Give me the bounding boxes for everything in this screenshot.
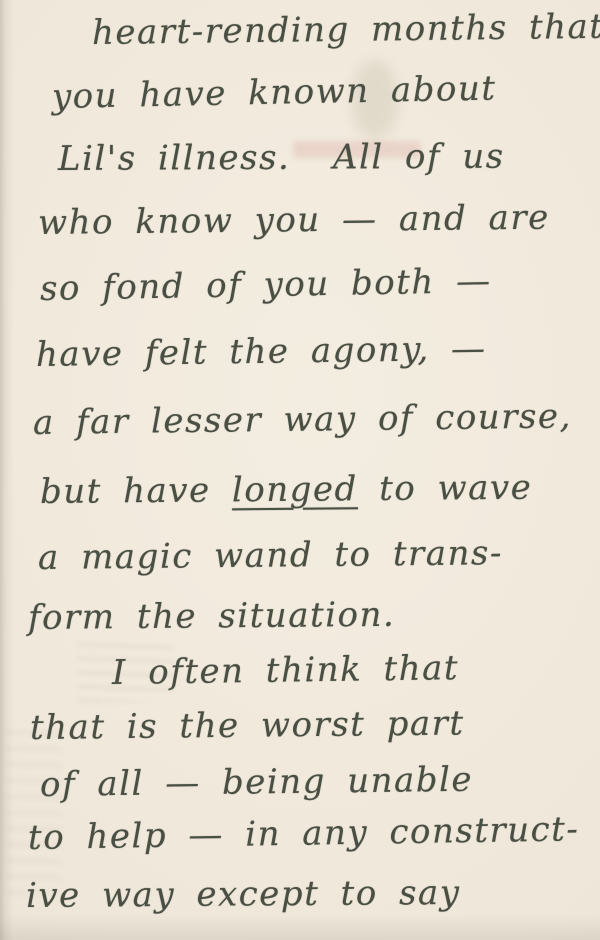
handwritten-line: of all — being unable [40,763,473,802]
page-bottom-shadow [0,914,600,940]
letter-page: heart-rending months that you have known… [0,0,600,940]
handwritten-line: have felt the agony, — [36,332,487,372]
handwritten-line: that is the worst part [30,706,465,745]
handwritten-line: I often think that [112,651,459,690]
handwritten-line: a far lesser way of course, [33,399,572,440]
handwritten-line: Lil's illness. All of us [58,140,505,176]
handwritten-line: ive way except to say [26,876,461,913]
handwritten-line: heart-rending months that [92,10,600,50]
underlined-word: longed [232,469,358,510]
handwritten-line: form the situation. [28,598,396,635]
handwritten-line: but have longed to wave [40,471,533,509]
line-text-after: to wave [358,468,533,510]
handwritten-line: you have known about [52,71,497,114]
handwritten-line: to help — in any construct- [28,812,580,855]
line-text-before: but have [40,470,232,512]
handwritten-line: so fond of you both — [40,264,492,306]
ink-showthrough [4,724,62,894]
handwritten-line: who know you — and are [38,201,550,240]
handwritten-line: a magic wand to trans- [38,536,503,575]
